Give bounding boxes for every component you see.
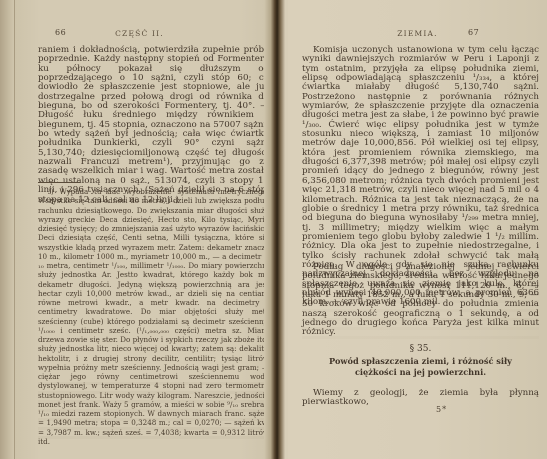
section-number: § 35. [302,344,539,354]
running-head-left: CZĘŚĆ II. [15,29,264,38]
left-page: 66 CZĘŚĆ II. raniem i dokładnością, potw… [15,0,264,459]
paragraph-intro-geology: Wiemy z geologji, że ziemia była płynną … [302,389,539,408]
book-scan: 66 CZĘŚĆ II. raniem i dokładnością, potw… [0,0,547,459]
reverse-side-bleed-right [302,300,539,340]
reverse-side-bleed-left [38,382,269,444]
signature-mark: 5* [436,405,447,414]
scan-left-edge [0,0,15,459]
section-heading: Powód spłaszczenia ziemi, i różność siły… [314,356,527,377]
right-page: ZIEMIA. 67 Komisja uczonych ustanowiona … [288,0,547,459]
footnote-rule [38,182,80,183]
running-head-right: ZIEMIA. [288,29,547,38]
page-number-right: 67 [468,28,479,37]
book-gutter-shadow [264,0,288,459]
